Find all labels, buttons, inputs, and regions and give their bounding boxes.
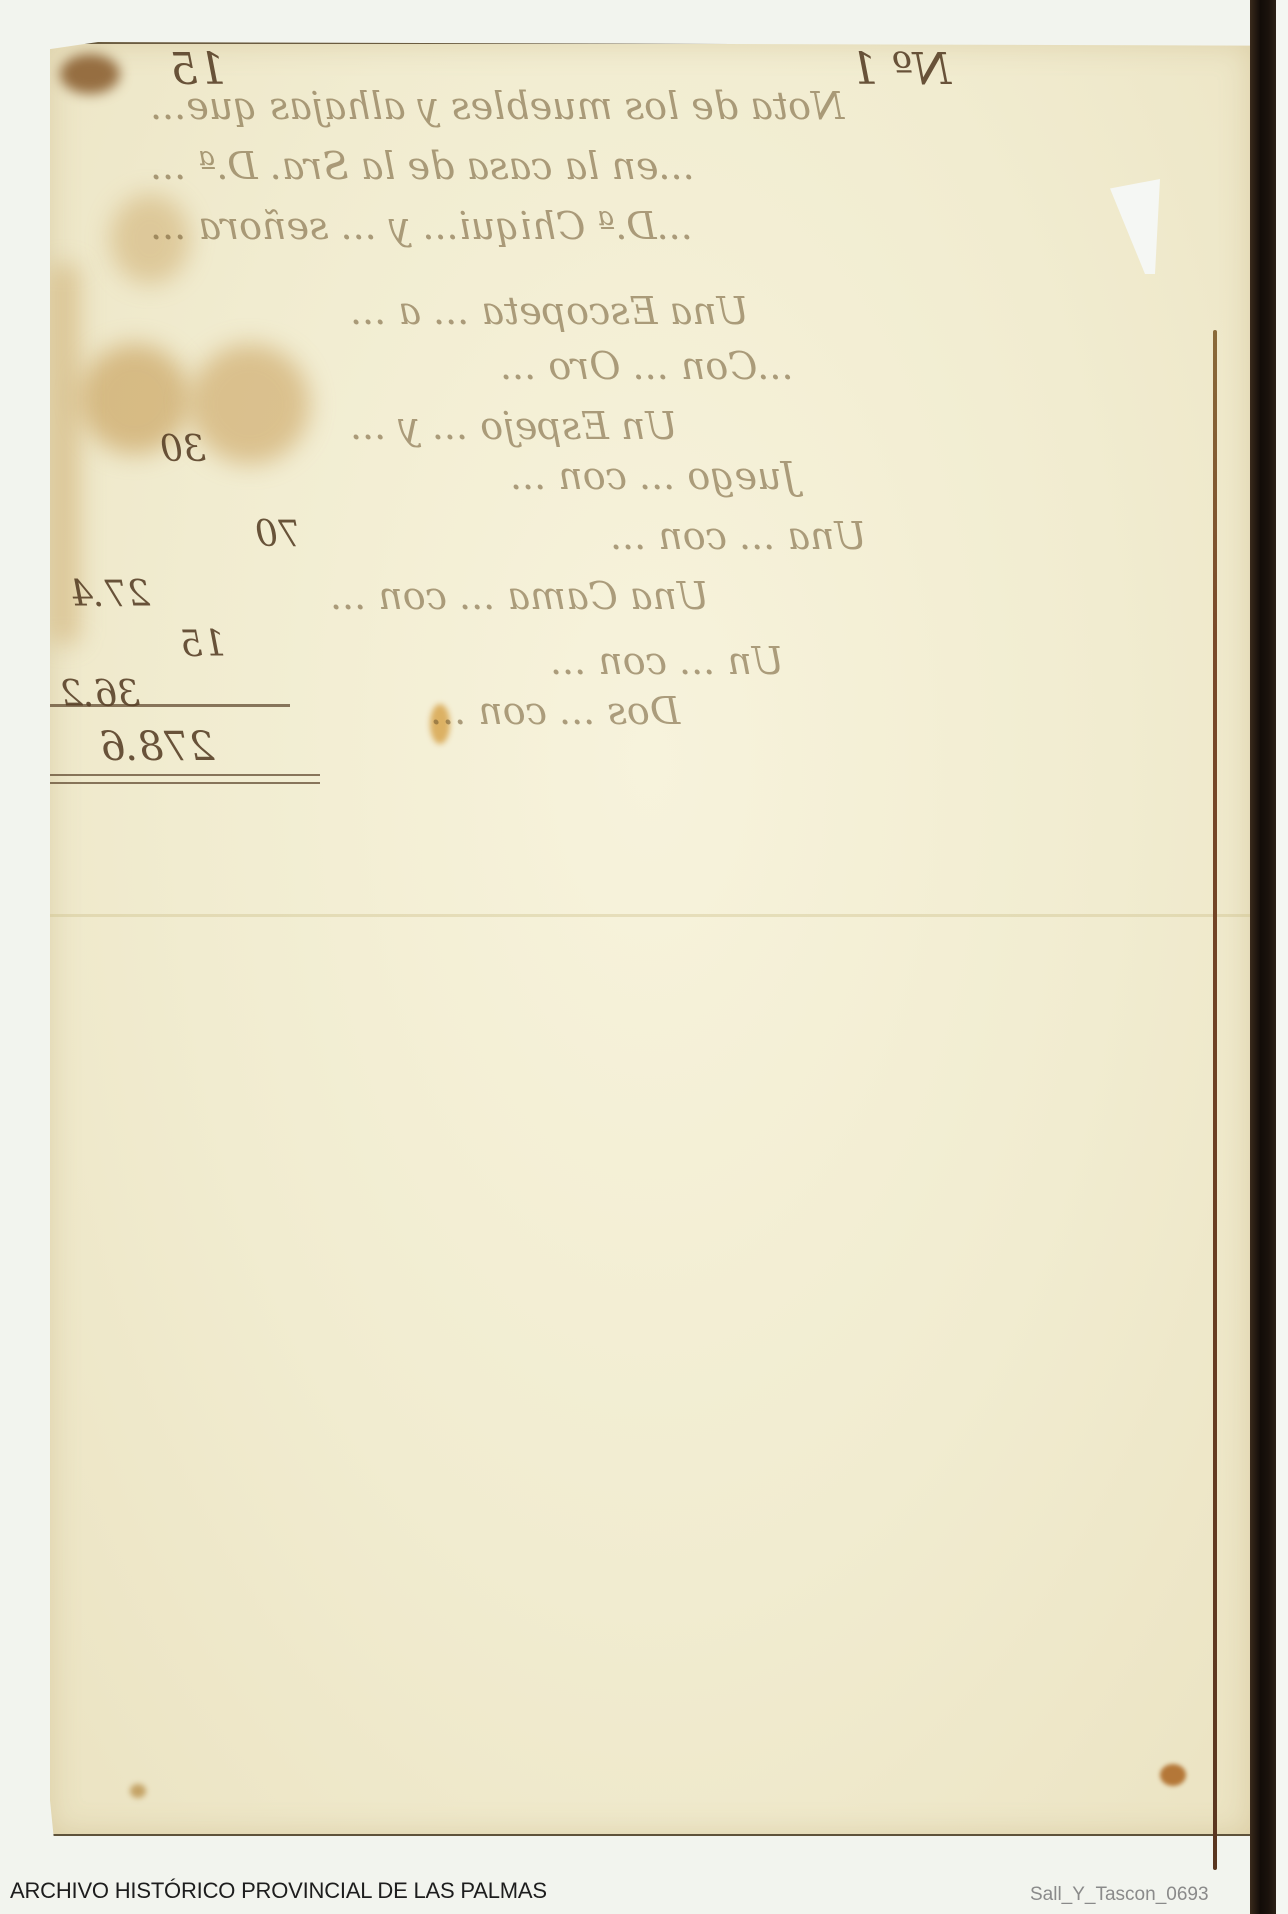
bleed-line: ...D.ª Chiqui... y ... señora ... (150, 204, 693, 248)
water-stain (190, 344, 310, 464)
amount: 70 (255, 514, 301, 555)
amount: 15 (180, 624, 226, 665)
bleed-line: ...en la casa de la Sra. D.ª ... (150, 144, 695, 188)
binding-thread (1213, 330, 1217, 1870)
bleed-line: Una Cama ... con ... (330, 574, 709, 618)
amount: 27.4 (70, 574, 150, 615)
bleed-line: Una ... con ... (610, 514, 867, 558)
ink-stain (130, 1784, 146, 1798)
paper-tear (1110, 179, 1160, 274)
archive-label: ARCHIVO HISTÓRICO PROVINCIAL DE LAS PALM… (10, 1878, 547, 1904)
ink-stain (60, 54, 120, 94)
bleed-line: ...Con ... Oro ... (500, 344, 794, 388)
sum-line (50, 704, 290, 707)
binding-edge (1250, 0, 1276, 1914)
bleed-line: Nota de los muebles y alhajas que... (150, 84, 844, 128)
bleed-line: Una Escopeta ... a ... (350, 289, 749, 333)
ink-stain (1160, 1764, 1186, 1786)
amount: 30 (160, 429, 206, 470)
fold-line (50, 914, 1250, 917)
file-identifier: Sall_Y_Tascon_0693 (1030, 1884, 1209, 1906)
bleed-line: Juego ... con ... (510, 454, 797, 498)
bleed-line: Dos ... con ... (430, 689, 680, 733)
scan-margin (1276, 0, 1288, 1914)
sum-double-line (50, 782, 320, 784)
page-mark: Nº 1 (850, 44, 951, 95)
amount: 36.2 (60, 674, 140, 715)
bleed-line: Un ... con ... (550, 639, 784, 683)
manuscript-page: 15 Nº 1 Nota de los muebles y alhajas qu… (50, 42, 1250, 1836)
bleed-line: Un Espejo ... y ... (350, 404, 677, 448)
sum-double-line (50, 774, 320, 776)
total-amount: 278.6 (100, 724, 215, 770)
